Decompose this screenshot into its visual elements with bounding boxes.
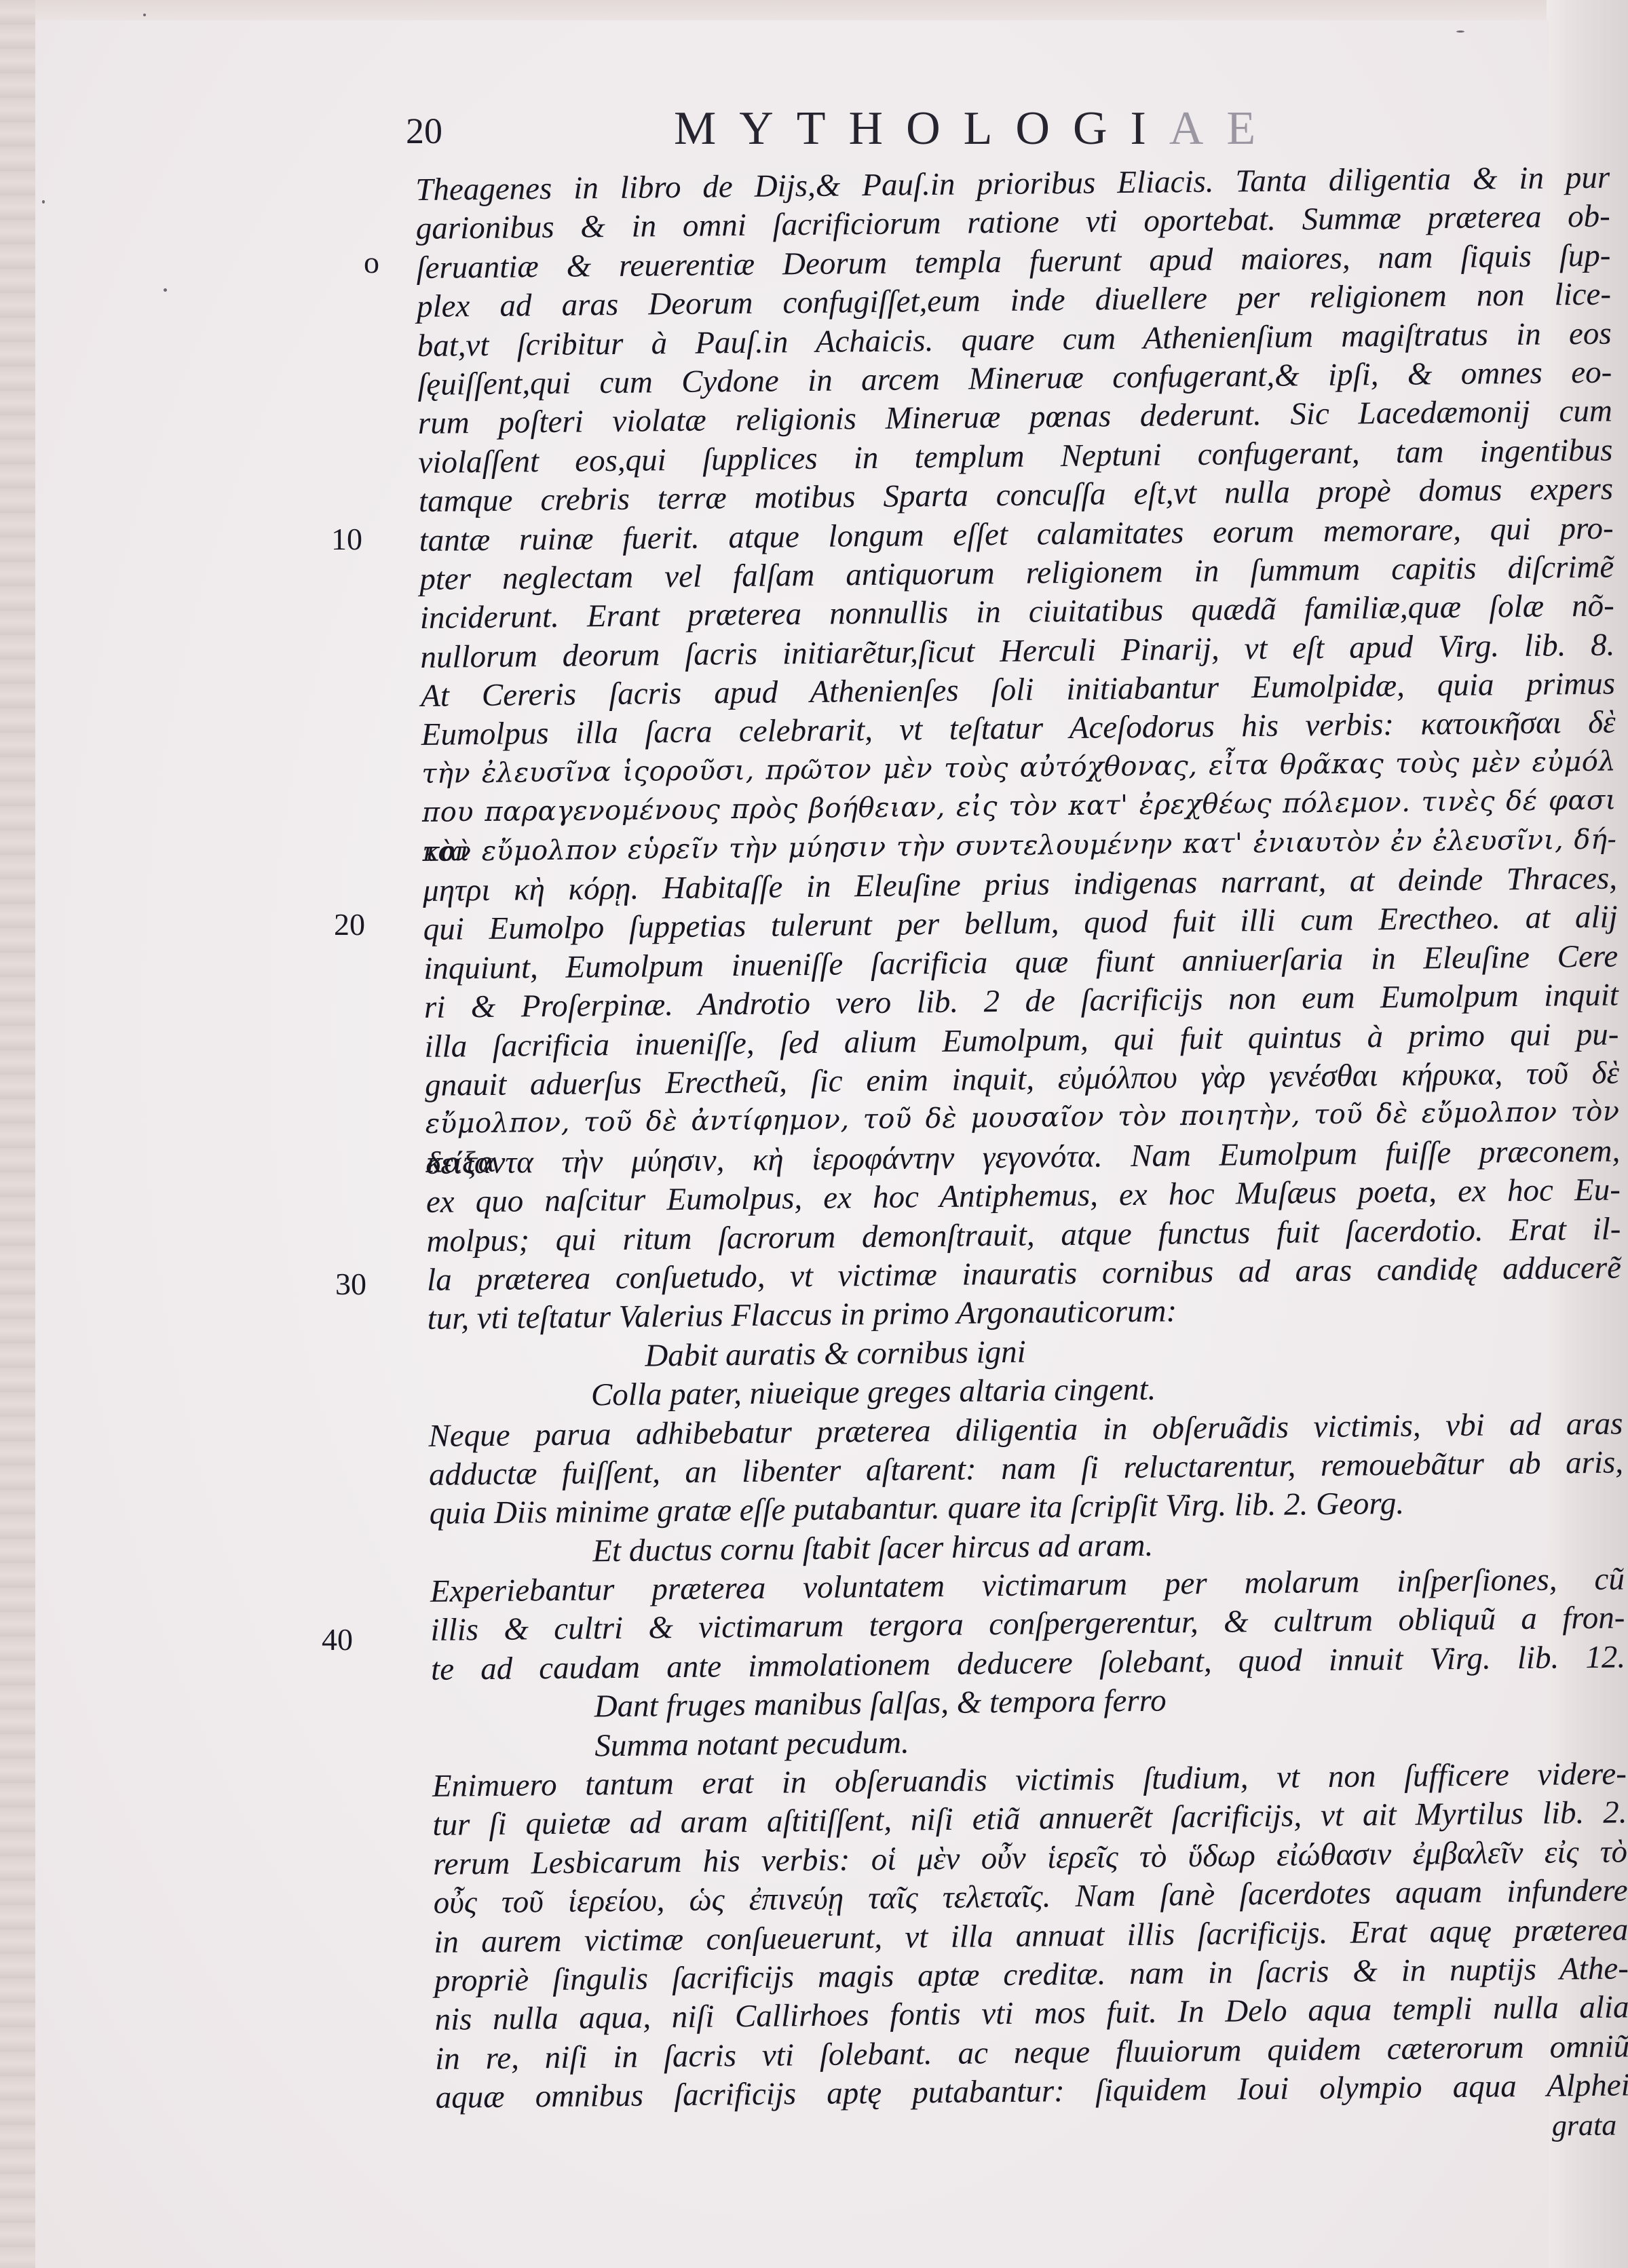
paper-speck [164,288,167,292]
page-number: 20 [406,110,442,152]
paper-speck [143,14,146,16]
margin-line-number: o [364,244,379,280]
margin-line-number: 20 [334,906,365,942]
margin-line-number: 40 [322,1621,353,1657]
margin-line-number: 30 [335,1266,366,1302]
running-title-faint: AE [1169,102,1279,155]
main-text-block: Theagenes in libro de Dijs,& Pauſ.in pri… [415,159,1628,2157]
page-header: 20 MYTHOLOGIAE [406,102,1356,163]
running-title: MYTHOLOGIAE [674,102,1279,156]
paper-speck [1456,31,1464,33]
paper-speck [894,807,897,811]
paper-speck [1456,2018,1461,2020]
paper-speck [42,200,45,204]
book-left-edge [0,0,35,2268]
running-title-main: MYTHOLOGI [674,102,1169,155]
margin-line-number: 10 [331,521,362,557]
